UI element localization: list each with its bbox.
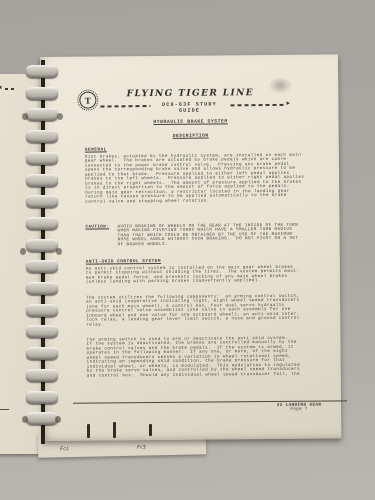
handwritten-mark-right: Fr3 (137, 444, 146, 450)
punch-slot (113, 422, 116, 438)
punch-slot (87, 424, 90, 438)
comb-loop (26, 174, 58, 187)
comb-loop (26, 195, 58, 208)
dashed-line-right-icon (230, 104, 286, 106)
comb-loop (26, 152, 58, 165)
comb-loop (26, 239, 58, 252)
comb-loop (26, 325, 58, 338)
comb-loop (26, 130, 58, 143)
section-heading-antiskid: ANTI-SKID CONTROL SYSTEM (86, 259, 161, 265)
binding-hole (22, 113, 28, 120)
paragraph-antiskid-1: An anti-skid control system is installed… (86, 266, 318, 286)
paragraph-antiskid-2: The system utilizes the following compon… (86, 295, 318, 328)
binding-hole (22, 416, 28, 423)
comb-loop (26, 65, 58, 78)
binding-hole (55, 416, 61, 423)
document-subtitle: DESCRIPTION (61, 133, 321, 140)
section-heading-general: GENERAL (85, 147, 107, 152)
footer: 32 LANDING GEAR Page 7 (243, 402, 355, 412)
caution-label: CAUTION: (85, 225, 109, 229)
guide-subtitle: DC8-63F STUDY GUIDE (158, 101, 220, 114)
company-title: FLYING TIGER LINE (60, 88, 320, 100)
paragraph-general: Disc brakes, actuated by the hydraulic s… (85, 154, 317, 205)
photo-background: ◄ FcL Fr3 T FLYING TIGER LINE DC8-63F ST… (0, 0, 375, 500)
paragraph-antiskid-3: The arming switch is used to arm or deac… (86, 337, 318, 379)
comb-loop (26, 347, 58, 360)
binding-hole (20, 248, 26, 255)
arrow-right-icon: ► (286, 100, 290, 106)
comb-loop (26, 369, 58, 382)
dashed-line-fragment (5, 88, 16, 90)
comb-loop (26, 260, 58, 273)
guide-subtitle-row: DC8-63F STUDY GUIDE ► (40, 100, 338, 113)
handwritten-mark-left: FcL (60, 446, 69, 452)
comb-loop (26, 87, 58, 100)
comb-loop (26, 304, 58, 317)
punch-slot (149, 424, 152, 436)
dashed-arrow-left-icon: ◄ (0, 85, 2, 91)
page-content: T FLYING TIGER LINE DC8-63F STUDY GUIDE … (40, 54, 341, 441)
document-title: HYDRAULIC BRAKE SYSTEM (61, 119, 321, 126)
comb-loop (26, 108, 58, 121)
footer-rule-fragment (0, 409, 9, 410)
binding-hole (57, 113, 63, 120)
footer-page-number: Page 7 (243, 407, 355, 412)
comb-loop (26, 217, 58, 230)
document-page: T FLYING TIGER LINE DC8-63F STUDY GUIDE … (40, 54, 341, 441)
dashed-line-left-icon (100, 105, 150, 107)
comb-loop (26, 282, 58, 295)
paragraph-caution: AVOID BRAKING OF WHEELS ON THE GEAR AT T… (117, 224, 319, 248)
binding-hole (56, 248, 62, 255)
comb-loop (26, 412, 58, 425)
comb-loop (26, 391, 58, 404)
